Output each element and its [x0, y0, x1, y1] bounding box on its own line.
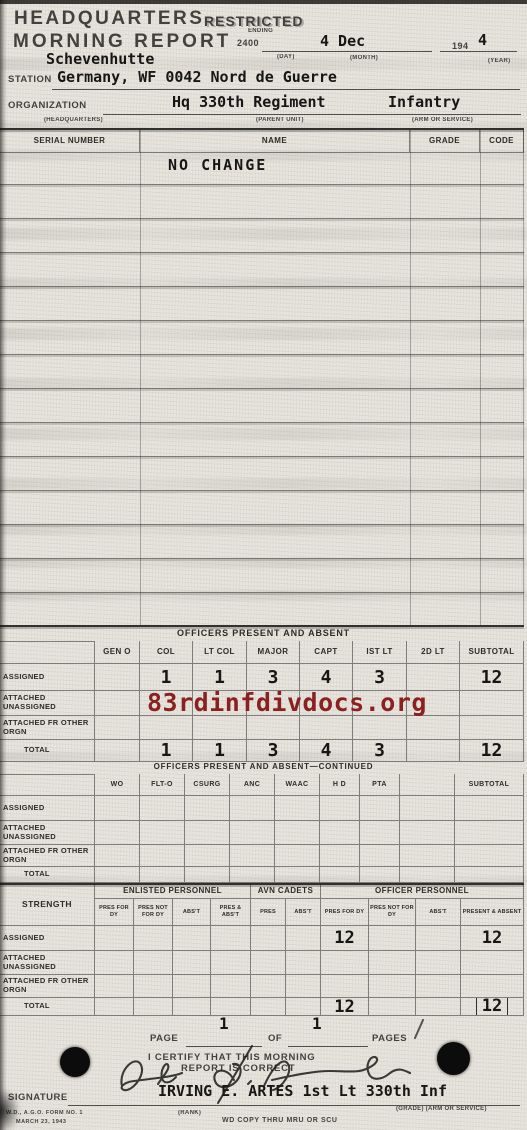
officers-total-major: 3: [247, 740, 300, 762]
table-cell-empty: [211, 998, 251, 1016]
roster-col-name: NAME: [140, 130, 410, 153]
table-cell-empty: [95, 998, 134, 1016]
strength-row-label-attached-unassigned: ATTACHED UNASSIGNED: [0, 951, 95, 975]
continued-col-header: SUBTOTAL: [455, 774, 524, 796]
strength-sub-officer-abst: ABS'T: [416, 899, 461, 926]
table-cell-empty: [173, 926, 211, 951]
roster-col-grade: GRADE: [410, 130, 480, 153]
table-cell-empty: [400, 867, 455, 883]
table-cell-empty: [300, 716, 353, 740]
station-underline: [52, 89, 520, 90]
strength-sub-officer-pres-for-dy: PRES FOR DY: [321, 899, 369, 926]
table-cell-empty: [95, 951, 134, 975]
roster-col-code: CODE: [480, 130, 524, 153]
year-underline: [440, 51, 517, 52]
organization-entry: Hq 330th Regiment: [172, 93, 326, 111]
table-cell-empty: [211, 975, 251, 998]
table-cell-empty: [321, 951, 369, 975]
table-cell-empty: [140, 867, 185, 883]
strength-row-label-assigned: ASSIGNED: [0, 926, 95, 951]
signature-label: SIGNATURE: [8, 1092, 68, 1103]
officers-row-label-total: TOTAL: [0, 740, 95, 762]
table-cell-empty: [95, 845, 140, 867]
year-entry: 4: [478, 31, 487, 49]
ending-label: ENDING: [248, 28, 273, 34]
strength-total-officer-pres-for-dy: 12: [321, 998, 369, 1016]
officers-corner-cell: [0, 641, 95, 664]
table-cell-empty: [460, 691, 524, 716]
table-cell-empty: [140, 716, 193, 740]
table-cell-empty: [140, 796, 185, 821]
strength-group-avn-cadets: AVN CADETS: [251, 884, 321, 899]
table-cell-empty: [230, 845, 275, 867]
strength-sub-avn-abst: ABS'T: [286, 899, 321, 926]
grade-arm-sublabel: (GRADE) (ARM OR SERVICE): [396, 1106, 487, 1112]
table-cell-empty: [211, 951, 251, 975]
location-entry: Schevenhutte: [46, 50, 154, 68]
table-cell-empty: [134, 998, 173, 1016]
form-title-headquarters: HEADQUARTERS: [14, 8, 204, 30]
continued-col-header: WO: [95, 774, 140, 796]
table-cell-empty: [185, 845, 230, 867]
officers-assigned-2d-lt: [407, 664, 460, 691]
roster-divider: [140, 130, 141, 625]
table-cell-empty: [416, 951, 461, 975]
strength-sub-avn-pres: PRES: [251, 899, 286, 926]
rank-sublabel: (RANK): [178, 1110, 201, 1116]
organization-underline: [103, 114, 521, 115]
table-cell-empty: [173, 975, 211, 998]
station-entry: Germany, WF 0042 Nord de Guerre: [57, 68, 337, 86]
officers-total-2d-lt: [407, 740, 460, 762]
table-cell-empty: [134, 975, 173, 998]
continued-row-label-attached-unassigned: ATTACHED UNASSIGNED: [0, 821, 95, 845]
table-cell-empty: [320, 796, 360, 821]
watermark-text: 83rdinfdivdocs.org: [147, 688, 427, 717]
officers-assigned-1st-lt: 3: [353, 664, 407, 691]
year-sublabel: (YEAR): [488, 58, 510, 64]
continued-col-header: H D: [320, 774, 360, 796]
table-cell-empty: [275, 867, 320, 883]
table-cell-empty: [134, 951, 173, 975]
table-cell-empty: [95, 975, 134, 998]
table-cell-empty: [416, 998, 461, 1016]
table-cell-empty: [185, 821, 230, 845]
officers-col-header: IST LT: [353, 641, 407, 664]
officers-assigned-lt-col: 1: [193, 664, 247, 691]
roster-col-serial-number: SERIAL NUMBER: [0, 130, 140, 153]
officers-col-header: CAPT: [300, 641, 353, 664]
strength-total-boxed-value: 12: [476, 998, 508, 1016]
month-sublabel: (MONTH): [350, 55, 378, 61]
table-cell-empty: [95, 716, 140, 740]
roster-divider: [410, 130, 411, 625]
page-number-entry: 1: [219, 1014, 229, 1033]
hole-punch: [437, 1042, 470, 1075]
table-cell-empty: [369, 975, 416, 998]
table-cell-empty: [455, 845, 524, 867]
restricted-stamp: RESTRICTED: [204, 13, 303, 29]
continued-row-label-attached-fr-other: ATTACHED FR OTHER ORGN: [0, 845, 95, 867]
officers-assigned-col: 1: [140, 664, 193, 691]
table-cell-empty: [230, 796, 275, 821]
roster-right-border: [523, 130, 524, 625]
form-id-line2: MARCH 23, 1943: [16, 1119, 66, 1125]
table-cell-empty: [185, 867, 230, 883]
officers-row-label-attached-unassigned: ATTACHED UNASSIGNED: [0, 691, 95, 716]
table-cell-empty: [211, 926, 251, 951]
strength-assigned-officer-pres-for-dy: 12: [321, 926, 369, 951]
table-cell-empty: [369, 926, 416, 951]
officers-total-col: 1: [140, 740, 193, 762]
table-cell-empty: [95, 926, 134, 951]
hole-punch: [60, 1047, 90, 1077]
table-cell-empty: [353, 716, 407, 740]
table-cell-empty: [251, 951, 286, 975]
arm-service-entry: Infantry: [388, 93, 460, 111]
table-cell-empty: [400, 796, 455, 821]
strength-sub-enlisted-pres-for-dy: PRES FOR DY: [95, 899, 134, 926]
table-cell-empty: [461, 951, 524, 975]
strength-label: STRENGTH: [0, 884, 95, 926]
table-cell-empty: [400, 821, 455, 845]
organization-label: ORGANIZATION: [8, 100, 87, 111]
strength-sub-enlisted-pres-not-for-dy: PRES NOT FOR DY: [134, 899, 173, 926]
table-cell-empty: [95, 821, 140, 845]
table-cell-empty: [416, 926, 461, 951]
table-cell-empty: [95, 691, 140, 716]
parent-unit-sublabel: (PARENT UNIT): [256, 117, 304, 123]
table-cell-empty: [95, 796, 140, 821]
table-cell-empty: [275, 796, 320, 821]
table-cell-empty: [360, 845, 400, 867]
table-cell-empty: [460, 716, 524, 740]
strength-sub-officer-pres-not-for-dy: PRES NOT FOR DY: [369, 899, 416, 926]
officers-total-lt-col: 1: [193, 740, 247, 762]
officers-col-header: COL: [140, 641, 193, 664]
day-sublabel: (DAY): [277, 54, 295, 60]
officers-continued-corner-cell: [0, 774, 95, 796]
roster-header-row: SERIAL NUMBER NAME GRADE CODE: [0, 130, 524, 153]
table-cell-empty: [193, 716, 247, 740]
table-cell-empty: [369, 951, 416, 975]
table-cell-empty: [320, 821, 360, 845]
table-cell-empty: [140, 845, 185, 867]
continued-col-header: WAAC: [275, 774, 320, 796]
continued-col-header: FLT-O: [140, 774, 185, 796]
table-cell-empty: [286, 975, 321, 998]
table-cell-empty: [321, 975, 369, 998]
table-cell-empty: [134, 926, 173, 951]
table-cell-empty: [251, 975, 286, 998]
officers-total-1st-lt: 3: [353, 740, 407, 762]
form-id-line1: W.D., A.G.O. FORM NO. 1: [6, 1110, 83, 1116]
officers-total-gen-o: [95, 740, 140, 762]
date-underline: [262, 51, 432, 52]
table-cell-empty: [455, 796, 524, 821]
strength-sub-enlisted-pres-and-abst: PRES & ABS'T: [211, 899, 251, 926]
table-cell-empty: [275, 845, 320, 867]
strength-row-label-total: TOTAL: [0, 998, 95, 1016]
stray-pen-mark: [414, 1019, 425, 1040]
officers-col-header: MAJOR: [247, 641, 300, 664]
officers-col-header: LT COL: [193, 641, 247, 664]
table-cell-empty: [320, 845, 360, 867]
table-cell-empty: [275, 821, 320, 845]
continued-col-header: CSURG: [185, 774, 230, 796]
table-cell-empty: [95, 867, 140, 883]
officers-col-header: SUBTOTAL: [460, 641, 524, 664]
table-cell-empty: [360, 867, 400, 883]
table-cell-empty: [185, 796, 230, 821]
strength-group-officer: OFFICER PERSONNEL: [321, 884, 524, 899]
table-cell-empty: [230, 821, 275, 845]
continued-col-header: ANC: [230, 774, 275, 796]
table-cell-empty: [369, 998, 416, 1016]
table-cell-empty: [173, 951, 211, 975]
table-cell-empty: [251, 998, 286, 1016]
scan-edge-top: [0, 0, 527, 4]
officers-assigned-subtotal: 12: [460, 664, 524, 691]
table-cell-empty: [286, 926, 321, 951]
date-entry: 4 Dec: [320, 32, 365, 50]
year-prefix: 194: [452, 41, 469, 51]
table-cell-empty: [461, 975, 524, 998]
station-label: STATION: [8, 74, 52, 85]
table-cell-empty: [230, 867, 275, 883]
roster-empty-rows: [0, 153, 524, 625]
table-cell-empty: [360, 796, 400, 821]
table-cell-empty: [455, 821, 524, 845]
table-cell-empty: [455, 867, 524, 883]
arm-service-sublabel: (ARM OR SERVICE): [412, 117, 473, 123]
strength-group-enlisted: ENLISTED PERSONNEL: [95, 884, 251, 899]
strength-row-label-attached-fr-other: ATTACHED FR OTHER ORGN: [0, 975, 95, 998]
continued-col-header: PTA: [360, 774, 400, 796]
table-cell-empty: [286, 951, 321, 975]
officers-table-title: OFFICERS PRESENT AND ABSENT: [0, 628, 527, 638]
officers-row-label-attached-fr-other: ATTACHED FR OTHER ORGN: [0, 716, 95, 740]
table-cell-empty: [173, 998, 211, 1016]
morning-report-document: HEADQUARTERS RESTRICTED MORNING REPORT E…: [0, 0, 527, 1130]
headquarters-sublabel: (HEADQUARTERS): [44, 117, 103, 123]
strength-sub-enlisted-abst: ABS'T: [173, 899, 211, 926]
copy-routing-note: WD COPY THRU MRU OR SCU: [222, 1117, 338, 1124]
roster-divider: [480, 130, 481, 625]
officers-col-header: 2D LT: [407, 641, 460, 664]
strength-table: STRENGTH ENLISTED PERSONNEL AVN CADETS O…: [0, 884, 524, 1016]
strength-total-officer-present-and-absent: 12: [461, 998, 524, 1016]
continued-row-label-total: TOTAL: [0, 867, 95, 883]
continued-col-header-blank: [400, 774, 455, 796]
officers-top-border: [0, 625, 524, 627]
table-cell-empty: [400, 845, 455, 867]
officers-total-capt: 4: [300, 740, 353, 762]
officers-assigned-major: 3: [247, 664, 300, 691]
ending-time: 2400: [237, 38, 259, 48]
officers-assigned-gen-o: [95, 664, 140, 691]
officers-continued-title: OFFICERS PRESENT AND ABSENT—CONTINUED: [0, 762, 527, 771]
continued-row-label-assigned: ASSIGNED: [0, 796, 95, 821]
table-cell-empty: [407, 716, 460, 740]
strength-sub-officer-present-and-absent: PRESENT & ABSENT: [461, 899, 524, 926]
officers-continued-table: WO FLT-O CSURG ANC WAAC H D PTA SUBTOTAL…: [0, 774, 524, 883]
signature-script: [112, 1040, 422, 1104]
table-cell-empty: [416, 975, 461, 998]
table-cell-empty: [140, 821, 185, 845]
officers-total-subtotal: 12: [460, 740, 524, 762]
officers-row-label-assigned: ASSIGNED: [0, 664, 95, 691]
strength-assigned-officer-present-and-absent: 12: [461, 926, 524, 951]
table-cell-empty: [251, 926, 286, 951]
officers-col-header: GEN O: [95, 641, 140, 664]
table-cell-empty: [320, 867, 360, 883]
officers-assigned-capt: 4: [300, 664, 353, 691]
table-cell-empty: [360, 821, 400, 845]
table-cell-empty: [247, 716, 300, 740]
pages-count-entry: 1: [312, 1014, 322, 1033]
